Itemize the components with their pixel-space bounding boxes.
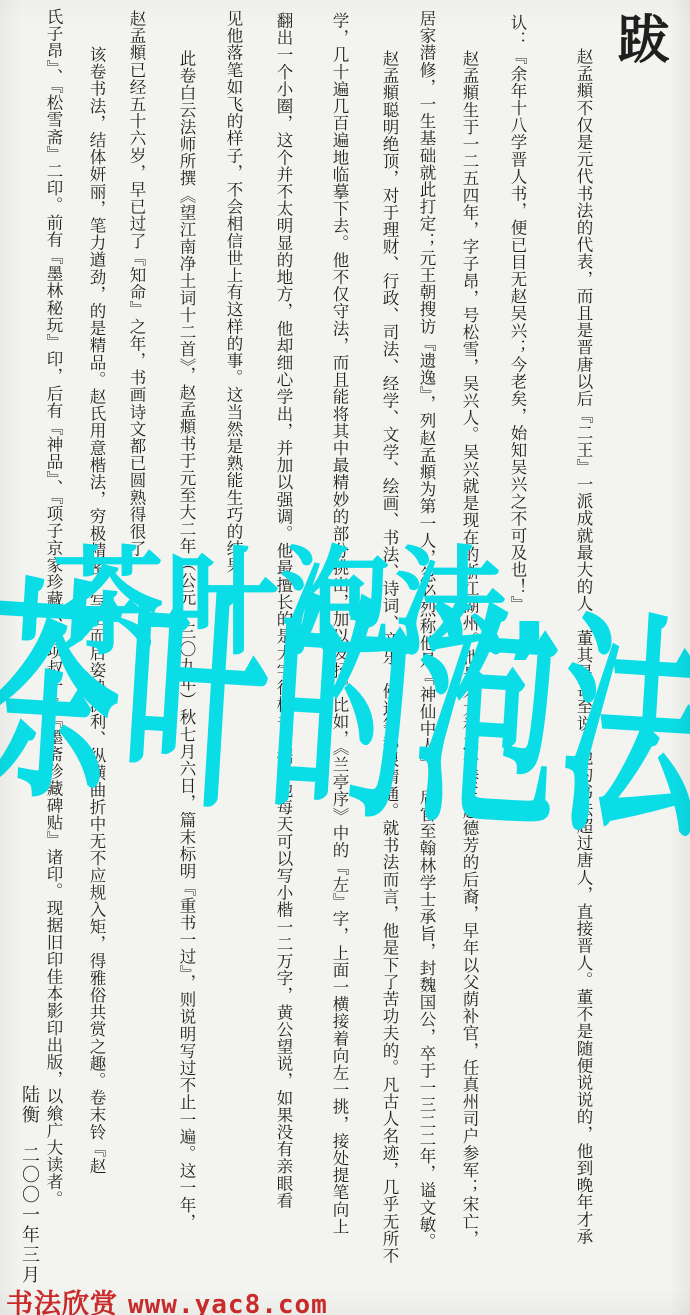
text-column: 赵孟頫不仅是元代书法的代表，而且是晋唐以后『二王』一派成就最大的人。董其昌甚至说…: [566, 48, 600, 1308]
site-watermark-url: www.yac8.com: [128, 1290, 328, 1315]
site-watermark: 书法欣赏 www.yac8.com: [6, 1282, 328, 1315]
text-column: 学，几十遍几百遍地临摹下去。他不仅守法，而且能将其中最精妙的部分挑出，加以发扬。…: [322, 12, 356, 1308]
text-column: 赵孟頫已经五十六岁，早已过了『知命』之年，书画诗文都已圆熟得很了。: [119, 10, 153, 1308]
author-signature: 陆衡 二〇〇一年三月: [8, 1085, 42, 1310]
text-column: 该卷书法，结体妍丽，笔力遒劲，的是精品。赵氏用意楷法，穷极精密，写出而后姿势流利…: [79, 46, 113, 1308]
text-column: 居家潜修，一生基础就此打定；元王朝搜访『遗逸』，列赵孟頫为第一人，忽必烈称他是『…: [409, 10, 443, 1308]
text-column: 认：『余年十八学晋人书，便已目无赵吴兴；今老矣，始知吴兴之不可及也！』: [500, 14, 534, 1308]
text-column: 赵孟頫生于一二五四年，字子昂，号松雪，吴兴人。吴兴就是现在的浙江湖州。他是宋太祖…: [452, 50, 486, 1308]
text-column: 翻出一个小圈，这个并不太明显的地方，他却细心学出，并加以强调。他最擅长的是大字行…: [266, 12, 300, 1308]
text-column: 此卷白云法师所撰《望江南净土词十二首》，赵孟頫书于元至大二年（公元一三〇九年）秋…: [169, 50, 203, 1308]
text-column: 赵孟頫聪明绝顶，对于理财、行政、司法、经学、文学、绘画、书法、诗词、音乐、佛道等…: [372, 50, 406, 1308]
text-column: 见他落笔如飞的样子，不会相信世上有这样的事。这当然是熟能生巧的结果。: [216, 10, 250, 1308]
postscript-title: 跋: [612, 12, 664, 64]
scanned-book-page: 跋 赵孟頫不仅是元代书法的代表，而且是晋唐以后『二王』一派成就最大的人。董其昌甚…: [0, 0, 690, 1315]
site-watermark-name: 书法欣赏: [6, 1282, 118, 1315]
